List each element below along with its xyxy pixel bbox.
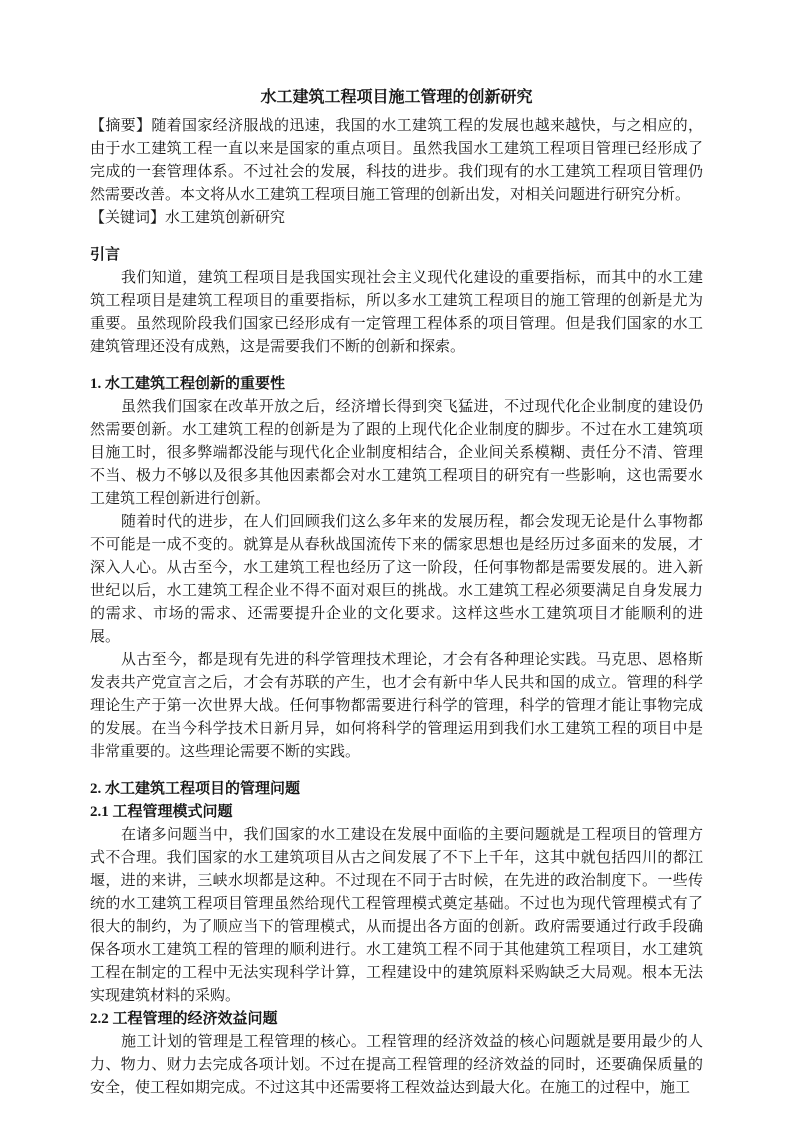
section1-paragraph-1: 虽然我们国家在改革开放之后，经济增长得到突飞猛进，不过现代化企业制度的建设仍然需…	[90, 396, 703, 511]
section2-2-heading: 2.2 工程管理的经济效益问题	[90, 1008, 703, 1031]
document-page: 水工建筑工程项目施工管理的创新研究 【摘要】随着国家经济服战的迅速，我国的水工建…	[0, 0, 793, 1122]
intro-paragraph: 我们知道，建筑工程项目是我国实现社会主义现代化建设的重要指标，而其中的水工建筑工…	[90, 267, 703, 359]
section2-1-paragraph: 在诸多问题当中，我们国家的水工建设在发展中面临的主要问题就是工程项目的管理方式不…	[90, 824, 703, 1008]
intro-heading: 引言	[90, 244, 703, 267]
section2-heading: 2. 水工建筑工程项目的管理问题	[90, 778, 703, 801]
section2-1-heading: 2.1 工程管理模式问题	[90, 801, 703, 824]
keywords-line: 【关键词】水工建筑创新研究	[90, 207, 703, 230]
section1-paragraph-3: 从古至今，都是现有先进的科学管理技术理论，才会有各种理论实践。马克思、恩格斯发表…	[90, 649, 703, 764]
section1-heading: 1. 水工建筑工程创新的重要性	[90, 373, 703, 396]
section2-2-paragraph: 施工计划的管理是工程管理的核心。工程管理的经济效益的核心问题就是要用最少的人力、…	[90, 1031, 703, 1100]
abstract-paragraph: 【摘要】随着国家经济服战的迅速，我国的水工建筑工程的发展也越来越快，与之相应的，…	[90, 115, 703, 207]
document-title: 水工建筑工程项目施工管理的创新研究	[90, 86, 703, 110]
document-body: 水工建筑工程项目施工管理的创新研究 【摘要】随着国家经济服战的迅速，我国的水工建…	[90, 86, 703, 1100]
section1-paragraph-2: 随着时代的进步，在人们回顾我们这么多年来的发展历程，都会发现无论是什么事物都不可…	[90, 511, 703, 649]
